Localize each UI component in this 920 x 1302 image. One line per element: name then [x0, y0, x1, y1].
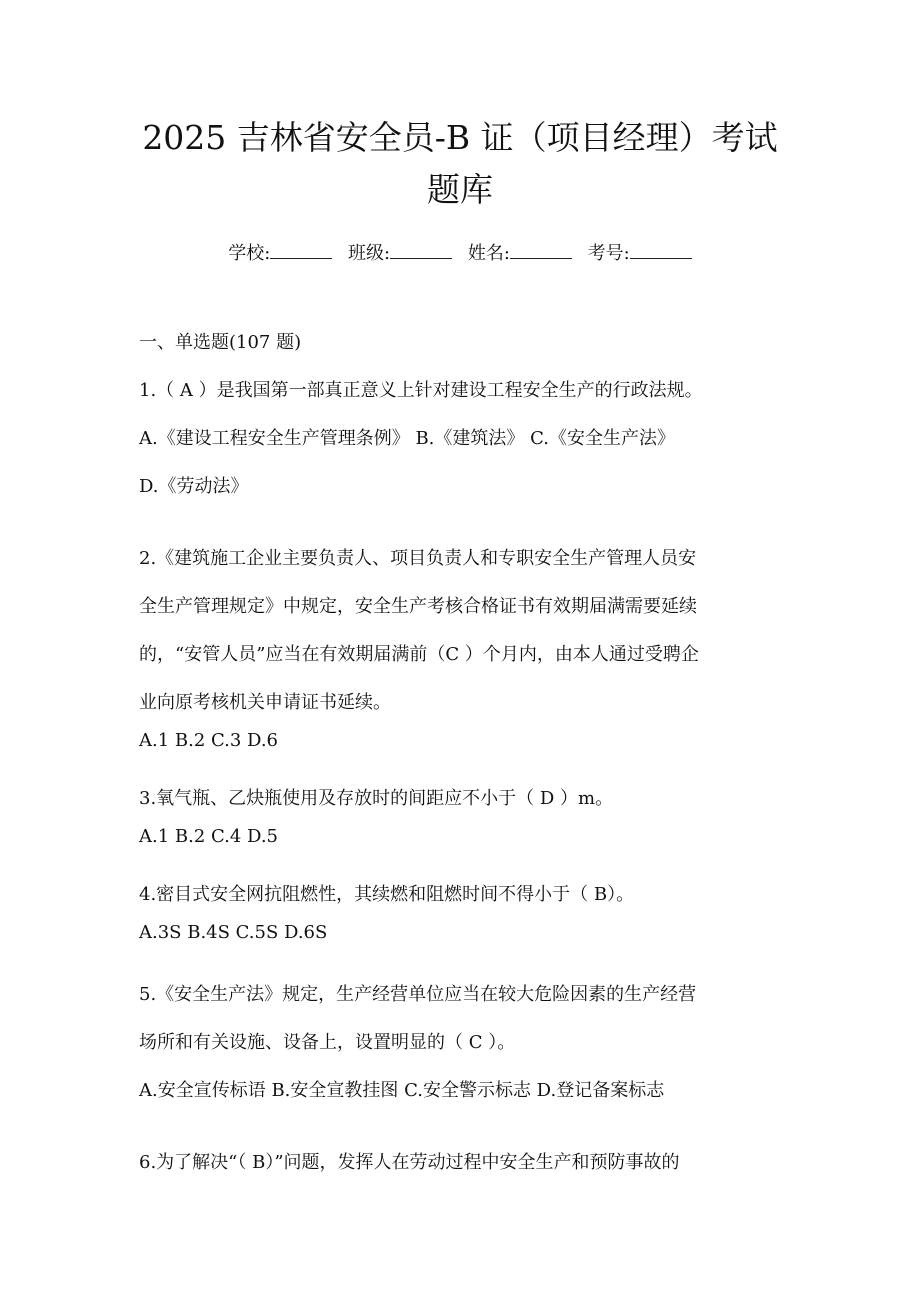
section-heading: 一、单选题(107 题)	[139, 330, 301, 356]
student-info-row: 学校: 班级: 姓名: 考号:	[0, 240, 920, 267]
question-5-options: A.安全宣传标语 B.安全宣教挂图 C.安全警示标志 D.登记备案标志	[139, 1078, 664, 1104]
question-1-stem: 1.（ A ）是我国第一部真正意义上针对建设工程安全生产的行政法规。	[139, 378, 703, 404]
info-field-exam-number: 考号:	[588, 243, 692, 264]
name-blank	[510, 240, 572, 259]
question-5-stem: 场所和有关设施、设备上，设置明显的（ C ）。	[139, 1030, 515, 1056]
question-5-stem: 5.《安全生产法》规定，生产经营单位应当在较大危险因素的生产经营	[139, 982, 696, 1008]
question-2-stem: 2.《建筑施工企业主要负责人、项目负责人和专职安全生产管理人员安	[139, 546, 696, 572]
question-2-stem: 业向原考核机关申请证书延续。	[139, 690, 391, 716]
question-2-stem: 全生产管理规定》中规定，安全生产考核合格证书有效期届满需要延续	[139, 594, 697, 620]
question-6-stem: 6.为了解决“（ B）”问题，发挥人在劳动过程中安全生产和预防事故的	[139, 1150, 680, 1176]
exam-number-blank	[630, 240, 692, 259]
info-field-name: 姓名:	[468, 243, 572, 264]
question-4-options: A.3S B.4S C.5S D.6S	[139, 920, 327, 946]
school-blank	[270, 240, 332, 259]
document-title: 2025 吉林省安全员-B 证（项目经理）考试 题库	[130, 112, 790, 216]
document-page: 2025 吉林省安全员-B 证（项目经理）考试 题库 学校: 班级: 姓名: 考…	[0, 0, 920, 1302]
title-line-1: 2025 吉林省安全员-B 证（项目经理）考试	[130, 112, 790, 164]
question-4-stem: 4.密目式安全网抗阻燃性，其续燃和阻燃时间不得小于（ B）。	[139, 882, 634, 908]
question-3-stem: 3.氧气瓶、乙炔瓶使用及存放时的间距应不小于（ D ）m。	[139, 786, 613, 812]
class-blank	[390, 240, 452, 259]
info-field-school: 学校:	[228, 243, 332, 264]
question-3-options: A.1 B.2 C.4 D.5	[139, 824, 278, 850]
question-1-options: A.《建设工程安全生产管理条例》 B.《建筑法》 C.《安全生产法》	[139, 426, 675, 452]
question-2-stem: 的，“安管人员”应当在有效期届满前（C ）个月内，由本人通过受聘企	[139, 642, 699, 668]
info-field-class: 班级:	[348, 243, 452, 264]
question-1-options: D.《劳动法》	[139, 474, 249, 500]
question-2-options: A.1 B.2 C.3 D.6	[139, 728, 278, 754]
title-line-2: 题库	[130, 164, 790, 216]
